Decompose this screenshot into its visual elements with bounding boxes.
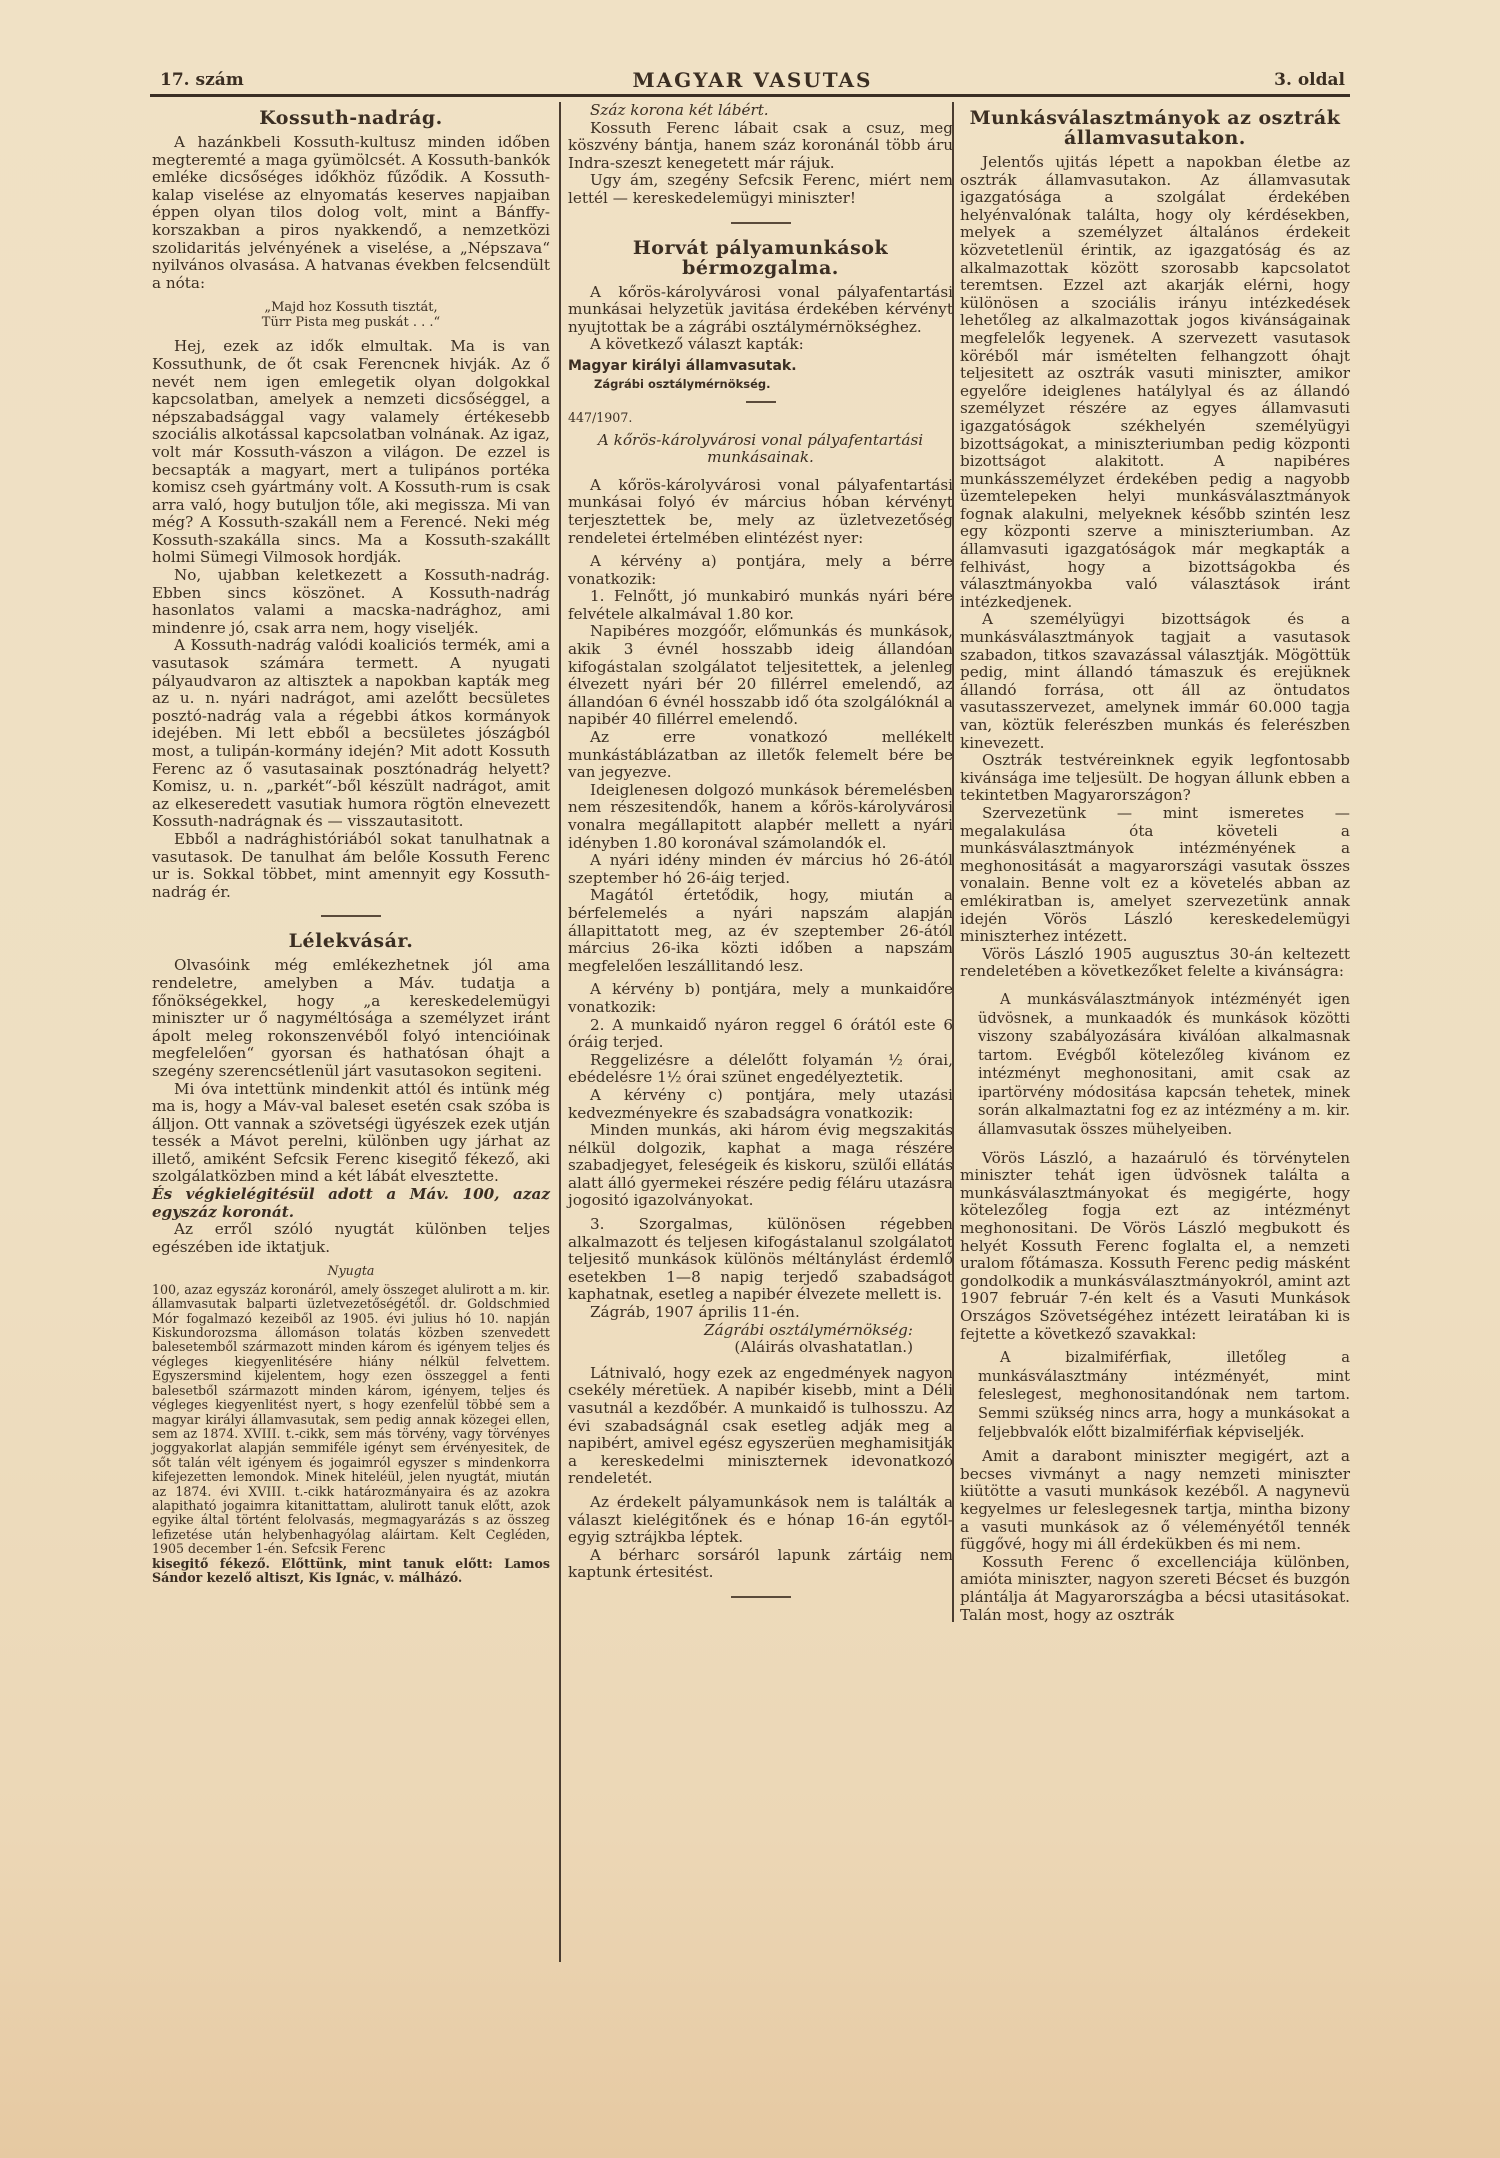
- paragraph: Jelentős ujitás lépett a napokban életbe…: [960, 154, 1350, 611]
- paragraph: Az erre vonatkozó mellékelt munkástábláz…: [568, 729, 953, 782]
- column-1: Kossuth-nadrág. A hazánkbeli Kossuth-kul…: [152, 102, 550, 1585]
- paragraph: Mi óva intettünk mindenkit attól és intü…: [152, 1081, 550, 1187]
- letterhead-sub: Zágrábi osztálymérnökség.: [568, 376, 953, 394]
- header-rule: [150, 94, 1350, 97]
- paragraph: A kőrös-károlyvárosi vonal pályafentartá…: [568, 284, 953, 337]
- column-divider: [559, 102, 561, 1962]
- letterhead: Magyar királyi államvasutak.: [568, 358, 953, 376]
- paragraph: 2. A munkaidő nyáron reggel 6 órától est…: [568, 1017, 953, 1052]
- article-title-munkasvalasztmanyok: Munkásválasztmányok az osztrák államvasu…: [960, 108, 1350, 148]
- paragraph: Osztrák testvéreinknek egyik legfontosab…: [960, 752, 1350, 805]
- paragraph: No, ujabban keletkezett a Kossuth-nadrág…: [152, 567, 550, 637]
- paragraph: A nyári idény minden év március hó 26-át…: [568, 852, 953, 887]
- verse: „Majd hoz Kossuth tisztát, Türr Pista me…: [152, 300, 550, 330]
- separator: [731, 222, 791, 224]
- separator: [731, 1596, 791, 1598]
- paragraph: Olvasóink még emlékezhetnek jól ama rend…: [152, 957, 550, 1080]
- quotation: A munkásválasztmányok intézményét igen ü…: [960, 991, 1350, 1140]
- paper-title: MAGYAR VASUTAS: [160, 68, 1345, 92]
- paragraph: Hej, ezek az idők elmultak. Ma is van Ko…: [152, 338, 550, 567]
- paragraph: A kérvény b) pontjára, mely a munkaidőre…: [568, 981, 953, 1016]
- receipt-witnesses: kisegitő fékező. Előttünk, mint tanuk el…: [152, 1557, 550, 1586]
- paragraph: 1. Felnőtt, jó munkabiró munkás nyári bé…: [568, 588, 953, 623]
- article-title-kossuth-nadrag: Kossuth-nadrág.: [152, 108, 550, 128]
- lead-italic: Száz korona két lábért.: [568, 102, 953, 120]
- paragraph: Kossuth Ferenc lábait csak a csuz, meg k…: [568, 120, 953, 173]
- column-2: Száz korona két lábért. Kossuth Ferenc l…: [568, 102, 953, 1612]
- article-title-horvat: Horvát pályamunkások bérmozgalma.: [568, 238, 953, 278]
- paragraph: A személyügyi bizottságok és a munkásvál…: [960, 611, 1350, 752]
- paragraph: A bérharc sorsáról lapunk zártáig nem ka…: [568, 1547, 953, 1582]
- paragraph: A kőrös-károlyvárosi vonal pályafentartá…: [568, 477, 953, 547]
- paragraph: A következő választ kapták:: [568, 336, 953, 354]
- newspaper-page: 17. szám MAGYAR VASUTAS 3. oldal Kossuth…: [0, 0, 1500, 2158]
- addressee: A kőrös-károlyvárosi vonal pályafentartá…: [568, 432, 953, 467]
- paragraph: Zágráb, 1907 április 11-én.: [568, 1304, 953, 1322]
- verse-line: Türr Pista meg puskát . . .“: [152, 315, 550, 330]
- signature-note: (Aláirás olvashatatlan.): [568, 1339, 953, 1357]
- paragraph: A hazánkbeli Kossuth-kultusz minden időb…: [152, 134, 550, 292]
- separator: [321, 915, 381, 917]
- paragraph: Az erről szóló nyugtát különben teljes e…: [152, 1221, 550, 1256]
- page-header: 17. szám MAGYAR VASUTAS 3. oldal: [160, 70, 1345, 94]
- paragraph: Vörös László 1905 augusztus 30-án keltez…: [960, 946, 1350, 981]
- paragraph: A kérvény c) pontjára, mely utazási kedv…: [568, 1087, 953, 1122]
- quotation: A bizalmiférfiak, illetőleg a munkásvála…: [960, 1349, 1350, 1442]
- paragraph: Látnivaló, hogy ezek az engedmények nagy…: [568, 1365, 953, 1488]
- paragraph: Minden munkás, aki három évig megszakitá…: [568, 1122, 953, 1210]
- paragraph: Az érdekelt pályamunkások nem is találtá…: [568, 1494, 953, 1547]
- paragraph: Ugy ám, szegény Sefcsik Ferenc, miért ne…: [568, 172, 953, 207]
- paragraph: Szervezetünk — mint ismeretes — megalaku…: [960, 805, 1350, 946]
- receipt-title: Nyugta: [152, 1264, 550, 1278]
- paragraph: Ebből a nadrághistóriából sokat tanulhat…: [152, 831, 550, 901]
- paragraph: Magától értetődik, hogy, miután a bérfel…: [568, 887, 953, 975]
- emphasis-paragraph: És végkielégitésül adott a Máv. 100, aza…: [152, 1186, 550, 1221]
- paragraph: 3. Szorgalmas, különösen régebben alkalm…: [568, 1216, 953, 1304]
- column-3: Munkásválasztmányok az osztrák államvasu…: [960, 102, 1350, 1624]
- paragraph: Amit a darabont miniszter megigért, azt …: [960, 1448, 1350, 1554]
- paragraph: Kossuth Ferenc ő excellenciája különben,…: [960, 1554, 1350, 1624]
- paragraph: Vörös László, a hazaáruló és törvénytele…: [960, 1150, 1350, 1344]
- separator: [746, 401, 776, 403]
- page-number: 3. oldal: [1274, 70, 1345, 90]
- signature: Zágrábi osztálymérnökség:: [568, 1322, 953, 1340]
- receipt-body: 100, azaz egyszáz koronáról, amely össze…: [152, 1283, 550, 1557]
- article-title-lelekvasar: Lélekvásár.: [152, 931, 550, 951]
- paragraph: A Kossuth-nadrág valódi koaliciós termék…: [152, 637, 550, 831]
- paragraph: Reggelizésre a délelőtt folyamán ½ órai,…: [568, 1052, 953, 1087]
- paragraph: Napibéres mozgóőr, előmunkás és munkások…: [568, 623, 953, 729]
- reference-number: 447/1907.: [568, 411, 953, 425]
- paragraph: Ideiglenesen dolgozó munkások béremelésb…: [568, 782, 953, 852]
- verse-line: „Majd hoz Kossuth tisztát,: [152, 300, 550, 315]
- paragraph: A kérvény a) pontjára, mely a bérre vona…: [568, 553, 953, 588]
